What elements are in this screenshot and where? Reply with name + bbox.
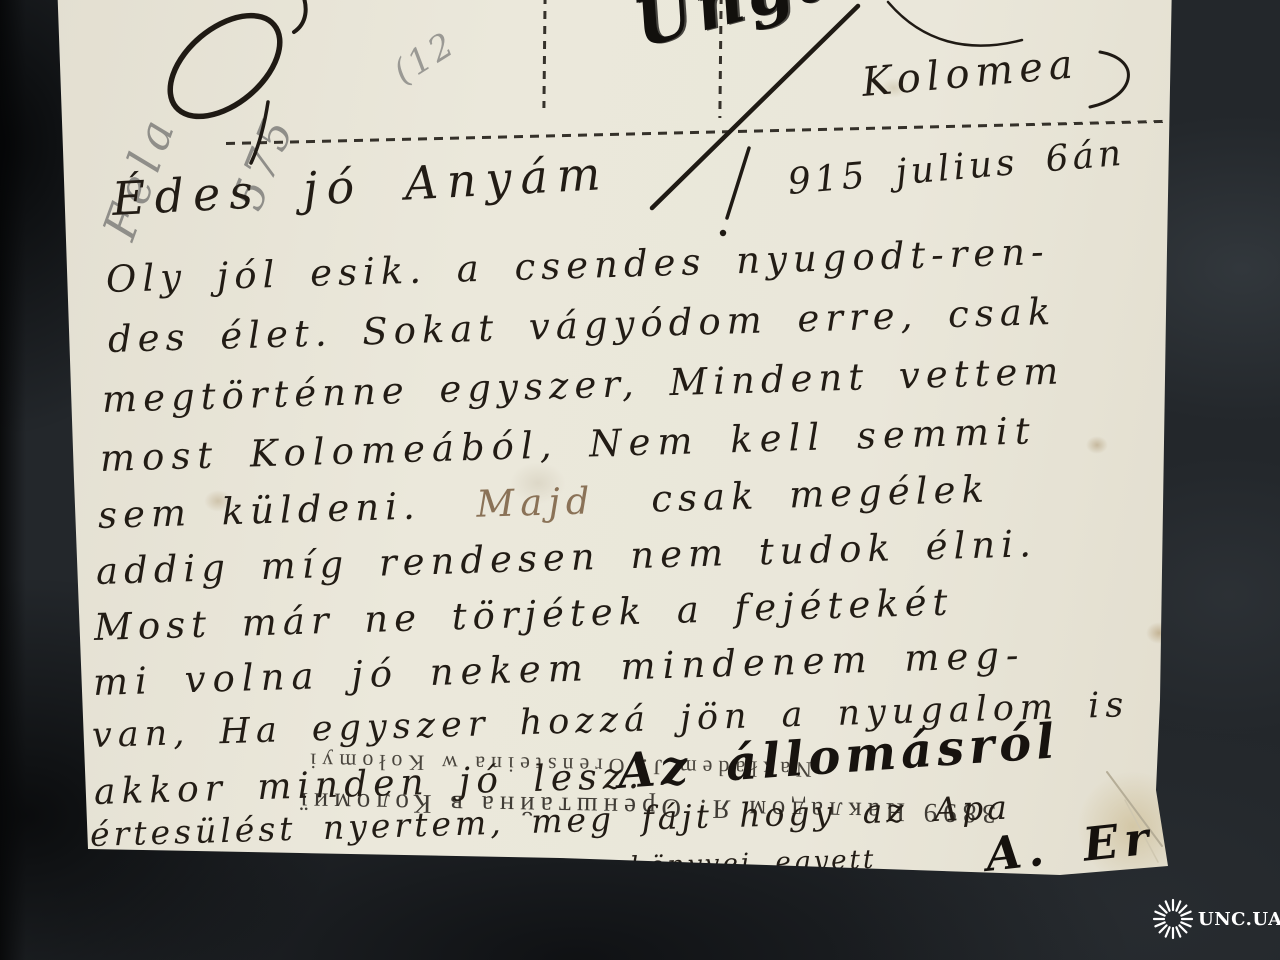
photo-stage: Fela 575 (12 Ungar Kolomea Édes jó Anyám… <box>0 0 1280 960</box>
letter-line-part-faded: Majd <box>476 479 596 526</box>
watermark-text: UNC.UA <box>1198 909 1280 930</box>
sunburst-icon <box>1150 896 1196 942</box>
stain <box>1086 436 1108 454</box>
postcard: Fela 575 (12 Ungar Kolomea Édes jó Anyám… <box>0 0 1280 960</box>
watermark: UNC.UA <box>1150 896 1280 942</box>
